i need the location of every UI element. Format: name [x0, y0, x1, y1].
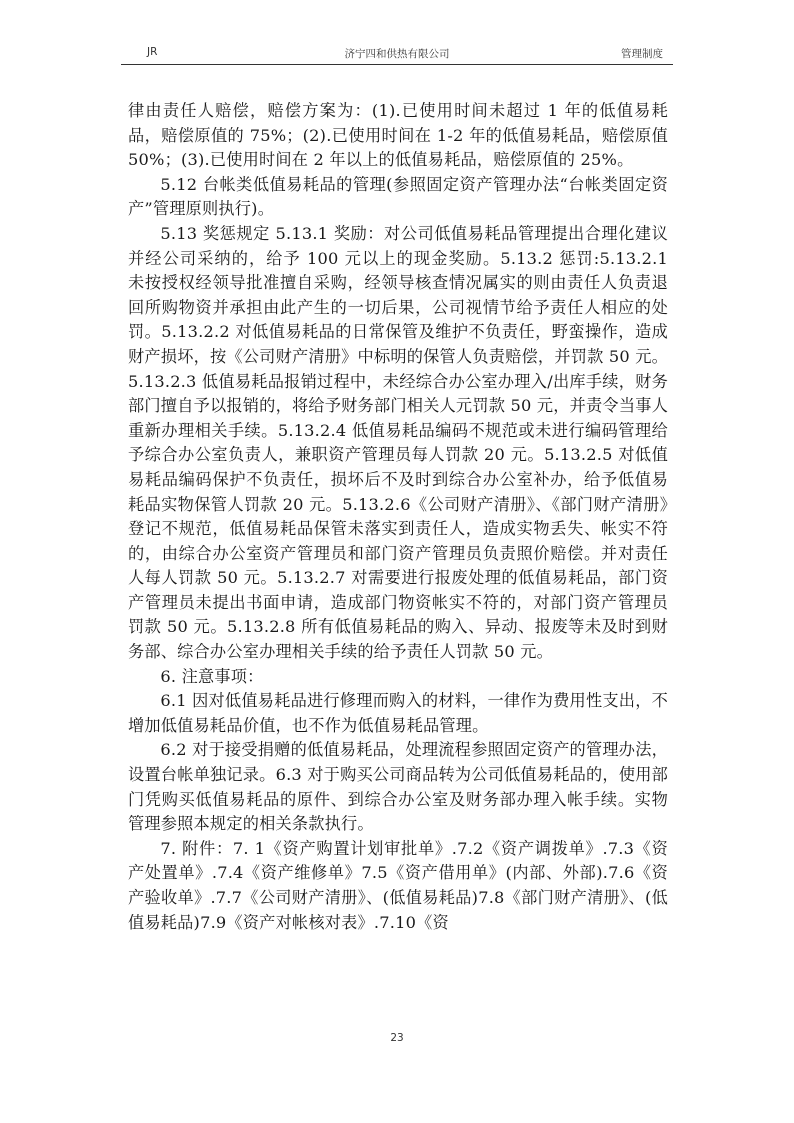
page-header: JR 济宁四和供热有限公司 管理制度: [121, 44, 673, 65]
header-document-type: 管理制度: [621, 46, 663, 61]
paragraph-6-1: 6.1 因对低值易耗品进行修理而购入的材料，一律作为费用性支出，不增加低值易耗品…: [128, 689, 668, 738]
paragraph-5-12: 5.12 台帐类低值易耗品的管理(参照固定资产管理办法“台帐类固定资产”管理原则…: [128, 173, 668, 222]
header-company-name: 济宁四和供热有限公司: [121, 46, 673, 61]
paragraph-5-13: 5.13 奖惩规定 5.13.1 奖励：对公司低值易耗品管理提出合理化建议并经公…: [128, 222, 668, 665]
document-body: 律由责任人赔偿，赔偿方案为：(1).已使用时间未超过 1 年的低值易耗品，赔偿原…: [128, 99, 668, 935]
paragraph-7-attachments: 7. 附件：7. 1《资产购置计划审批单》.7.2《资产调拨单》.7.3《资产处…: [128, 837, 668, 935]
page-number: 23: [0, 1032, 794, 1044]
paragraph-6-2: 6.2 对于接受捐赠的低值易耗品，处理流程参照固定资产的管理办法，设置台帐单独记…: [128, 738, 668, 836]
paragraph-compensation-plan: 律由责任人赔偿，赔偿方案为：(1).已使用时间未超过 1 年的低值易耗品，赔偿原…: [128, 99, 668, 173]
section-heading-6: 6. 注意事项：: [128, 665, 668, 690]
